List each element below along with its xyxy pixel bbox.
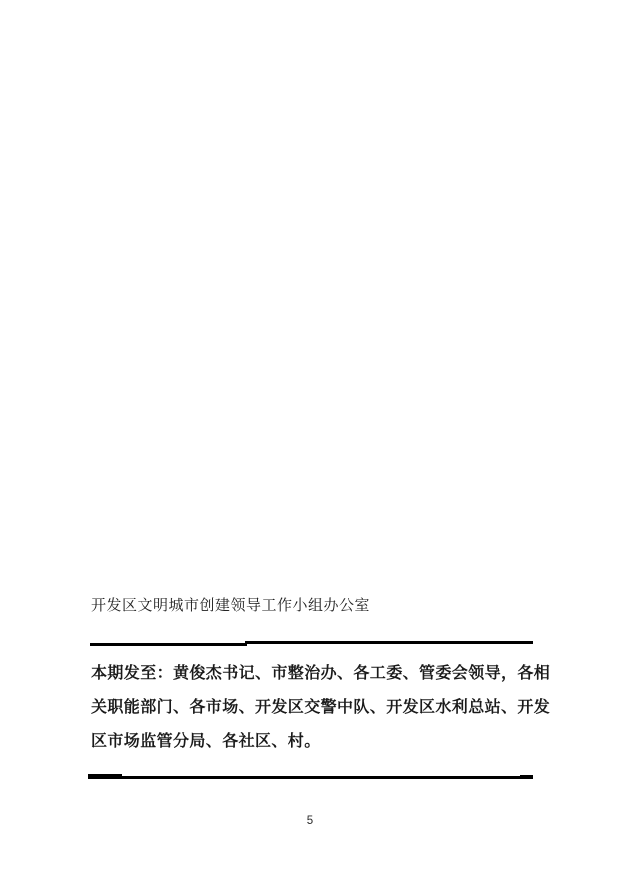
distribution-list: 本期发至：黄俊杰书记、市整治办、各工委、管委会领导，各相 关职能部门、各市场、开… — [91, 657, 539, 759]
document-page: 开发区文明城市创建领导工作小组办公室 本期发至：黄俊杰书记、市整治办、各工委、管… — [0, 0, 620, 882]
distribution-line-1: 本期发至：黄俊杰书记、市整治办、各工委、管委会领导，各相 — [91, 657, 539, 691]
bottom-rule-left-cap — [88, 774, 122, 779]
bottom-rule-right-cap — [520, 775, 533, 779]
page-number: 5 — [0, 815, 620, 827]
top-separator-rule-right-segment — [245, 641, 533, 644]
office-signature-line: 开发区文明城市创建领导工作小组办公室 — [91, 594, 551, 615]
distribution-line-3: 区市场监管分局、各社区、村。 — [91, 725, 539, 759]
bottom-separator-rule — [90, 776, 533, 779]
top-separator-rule-left-segment — [90, 643, 247, 646]
distribution-line-2: 关职能部门、各市场、开发区交警中队、开发区水利总站、开发 — [91, 691, 539, 725]
